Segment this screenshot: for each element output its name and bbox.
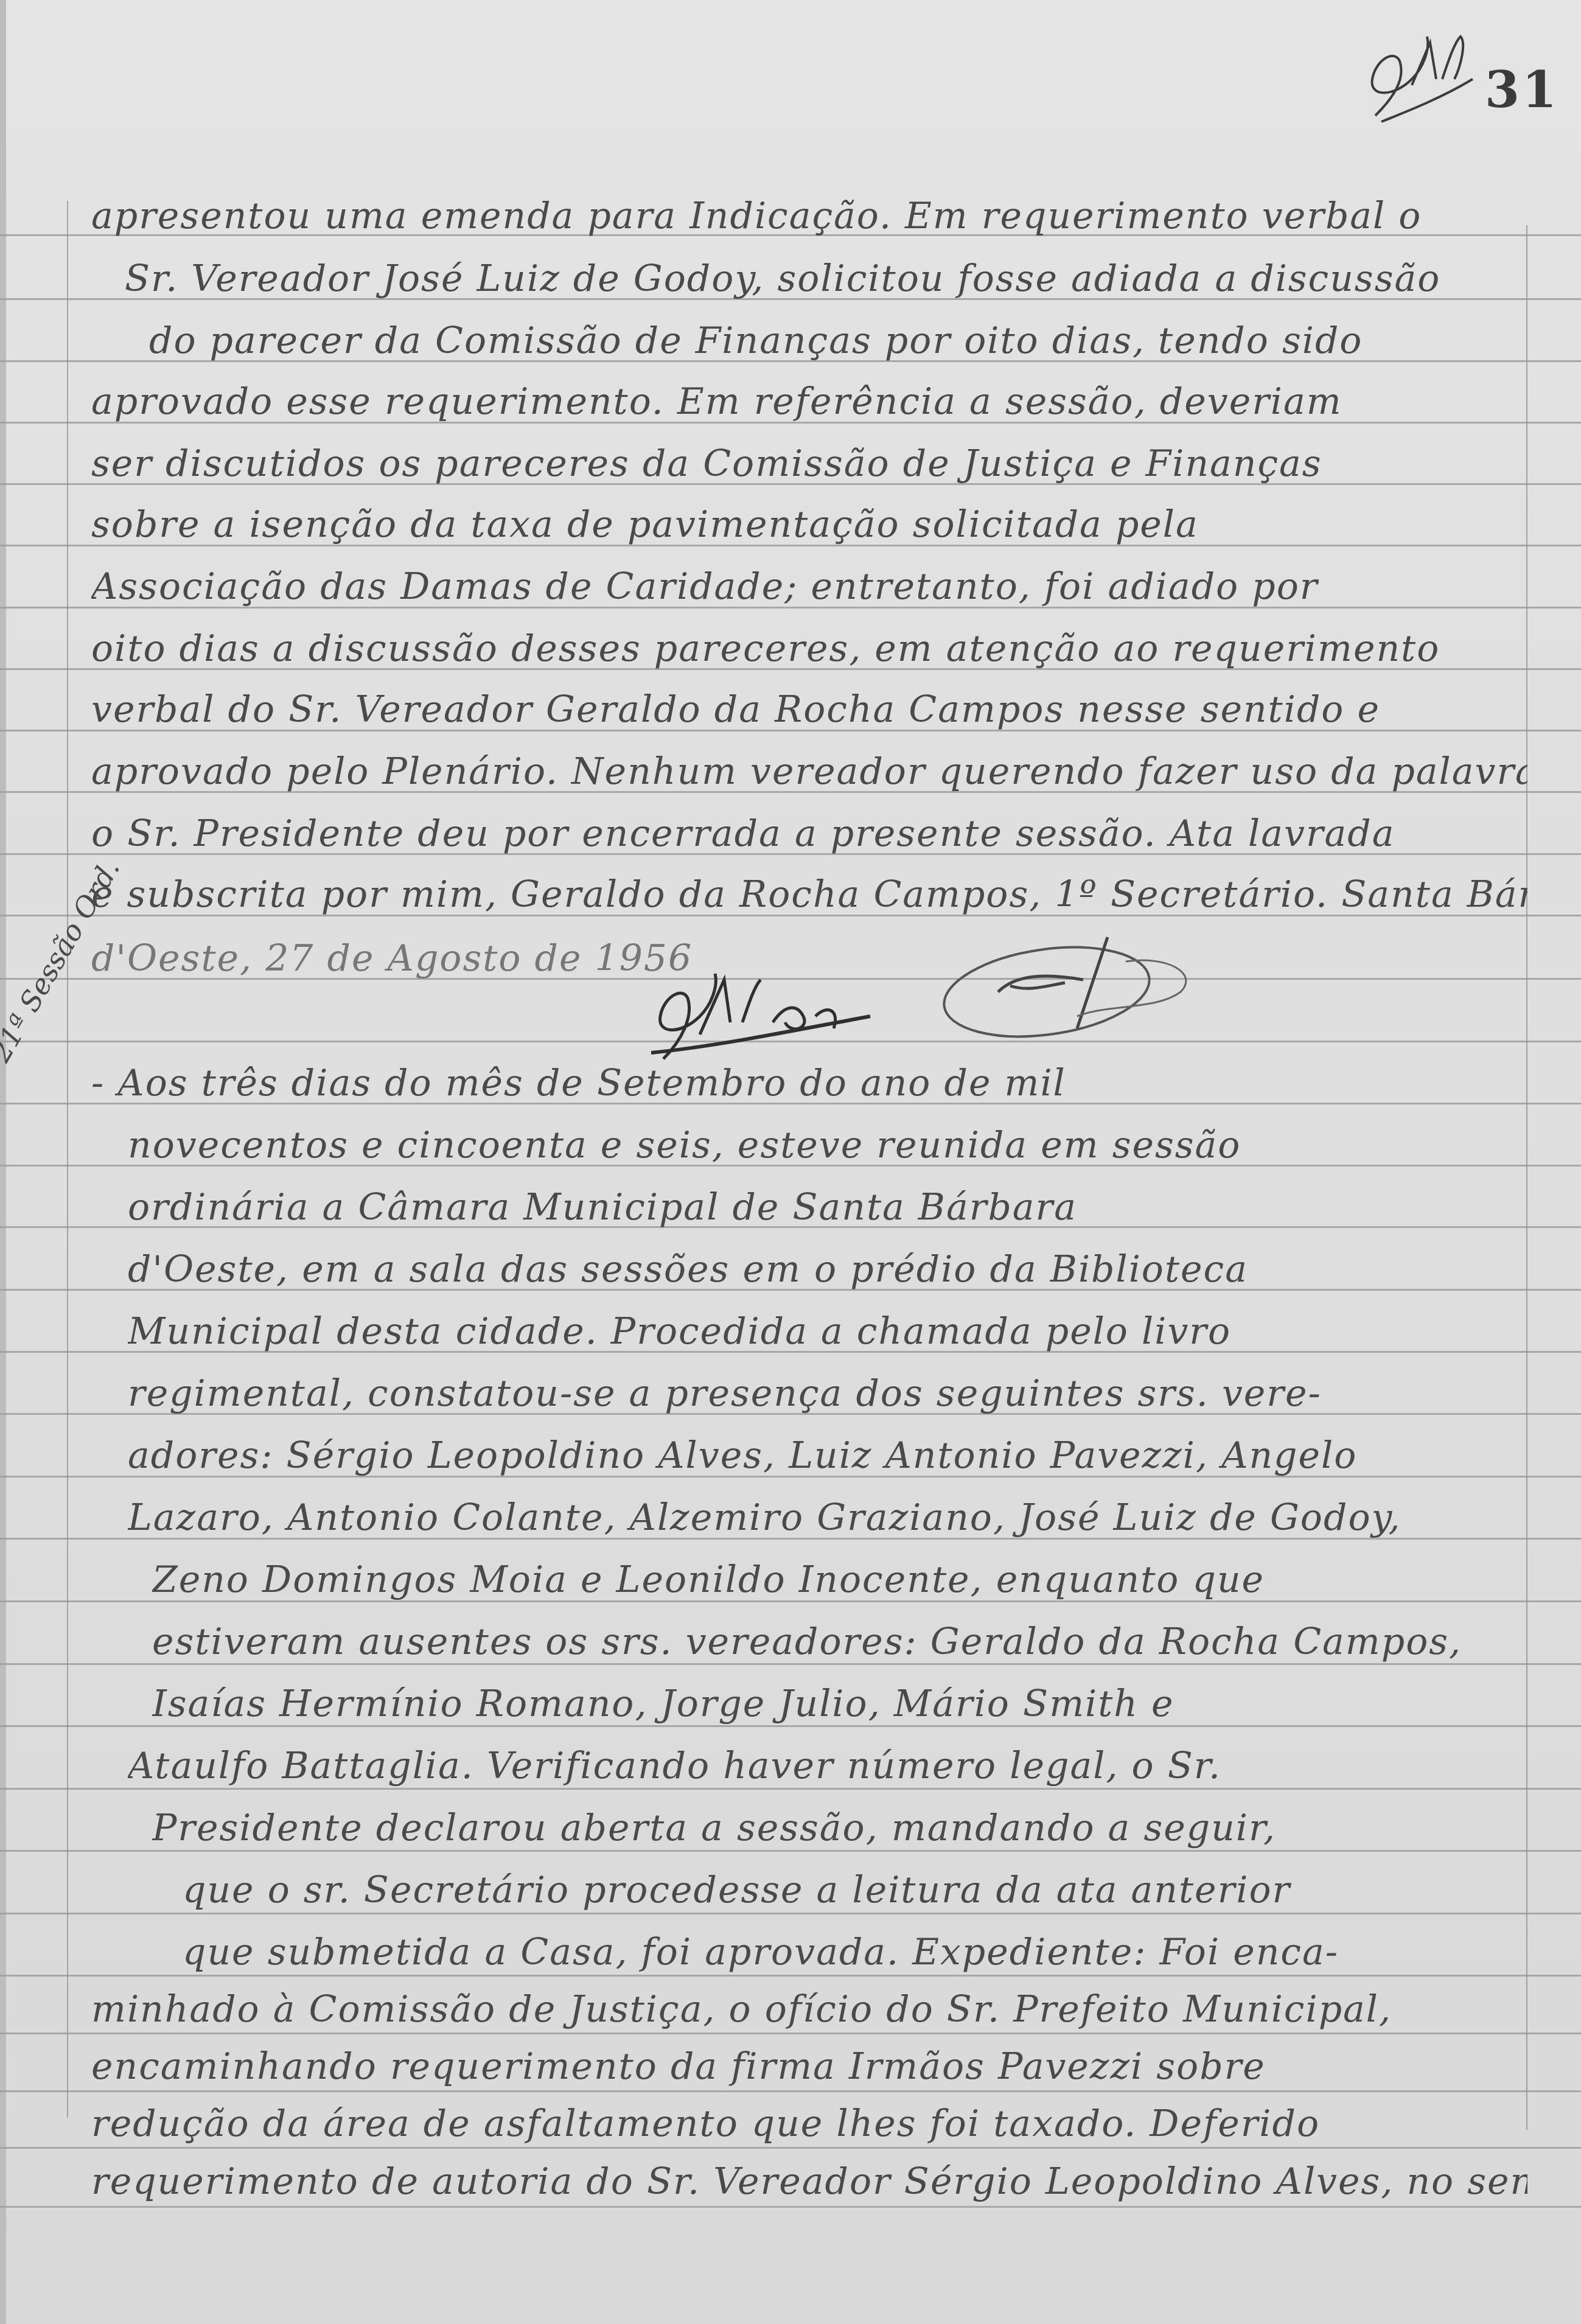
document-page: 31 apresentou uma emenda para Indicação.… [0,0,1581,2324]
text-line: ser discutidos os pareceres da Comissão … [91,439,1527,488]
text-line: Sr. Vereador José Luiz de Godoy, solicit… [125,254,1561,303]
text-line: apresentou uma emenda para Indicação. Em… [91,192,1527,240]
initials-signature-icon [1357,24,1479,128]
signature-alves-icon [639,968,895,1071]
text-line: minhado à Comissão de Justiça, o ofício … [91,1985,1527,2034]
text-line: que o sr. Secretário procedesse a leitur… [183,1866,1581,1914]
text-line: Presidente declarou aberta a sessão, man… [152,1804,1581,1852]
text-line: adores: Sérgio Leopoldino Alves, Luiz An… [128,1431,1564,1480]
text-line: o Sr. Presidente deu por encerrada a pre… [91,809,1527,858]
text-line: encaminhando requerimento da firma Irmão… [91,2042,1527,2091]
text-line: oito dias a discussão desses pareceres, … [91,624,1527,673]
text-line: que submetida a Casa, foi aprovada. Expe… [183,1928,1581,1977]
text-line: sobre a isenção da taxa de pavimentação … [91,500,1527,549]
left-margin-line [67,201,68,2118]
text-line: Isaías Hermínio Romano, Jorge Julio, Már… [152,1680,1581,1728]
text-line: - Aos três dias do mês de Setembro do an… [91,1059,1527,1108]
text-line: do parecer da Comissão de Finanças por o… [149,316,1581,365]
text-line: Associação das Damas de Caridade; entret… [91,562,1527,611]
text-line: d'Oeste, em a sala das sessões em o préd… [128,1245,1564,1294]
text-line: Ataulfo Battaglia. Verificando haver núm… [128,1742,1564,1790]
text-line: ordinária a Câmara Municipal de Santa Bá… [128,1183,1564,1232]
text-line: requerimento de autoria do Sr. Vereador … [91,2157,1527,2206]
text-line: Municipal desta cidade. Procedida a cham… [128,1307,1564,1356]
text-line: aprovado pelo Plenário. Nenhum vereador … [91,747,1527,796]
text-line: novecentos e cincoenta e seis, esteve re… [128,1121,1564,1170]
text-line: redução da área de asfaltamento que lhes… [91,2099,1527,2148]
page-number: 31 [1485,61,1559,119]
signature-campos-icon [925,925,1211,1047]
text-line: estiveram ausentes os srs. vereadores: G… [152,1617,1581,1666]
text-line: e subscrita por mim, Geraldo da Rocha Ca… [91,870,1527,919]
text-line: Zeno Domingos Moia e Leonildo Inocente, … [152,1555,1581,1604]
page-header: 31 [1357,24,1564,128]
text-line: verbal do Sr. Vereador Geraldo da Rocha … [91,685,1527,734]
text-line: Lazaro, Antonio Colante, Alzemiro Grazia… [128,1493,1564,1542]
ruled-line [0,2206,1581,2208]
text-line: regimental, constatou-se a presença dos … [128,1369,1564,1418]
text-line: aprovado esse requerimento. Em referênci… [91,377,1527,426]
